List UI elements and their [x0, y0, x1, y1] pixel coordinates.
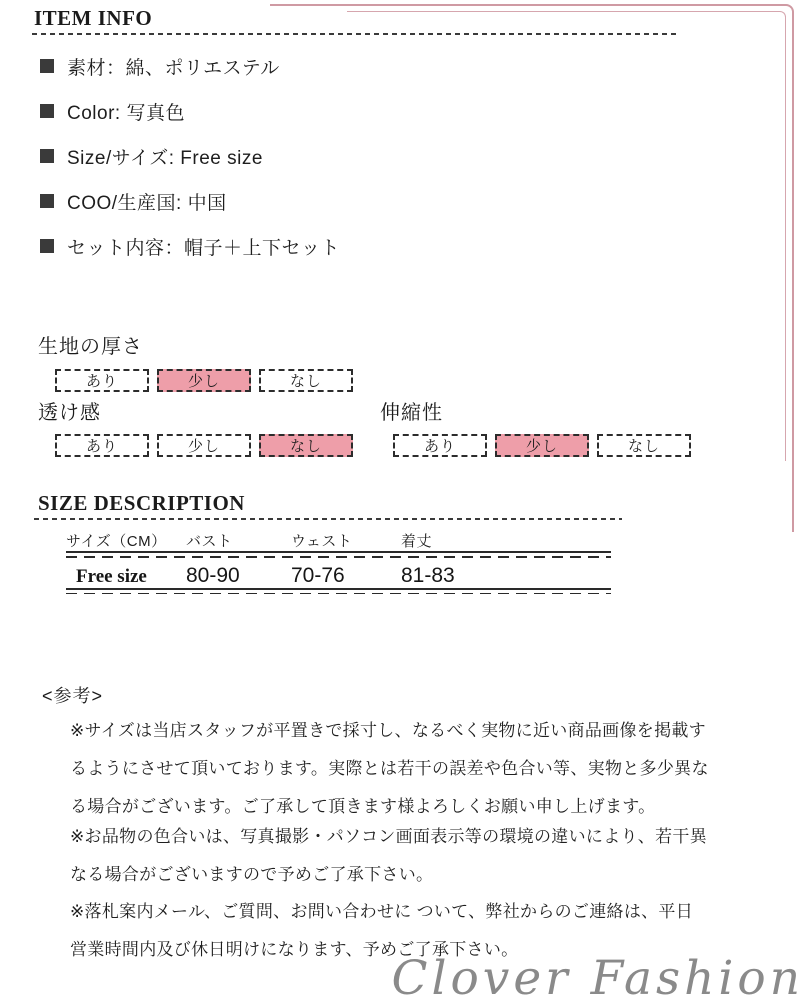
cell-waist: 70-76 — [291, 564, 401, 588]
spec-item-set-contents: セット内容：帽子＋上下セット — [40, 235, 340, 257]
cell-length: 81-83 — [401, 564, 551, 588]
option-ari: あり — [393, 434, 487, 457]
spec-item-color: Color: 写真色 — [40, 100, 340, 122]
item-info-page: ITEM INFO 素材：綿、ポリエステル Color: 写真色 Size/サイ… — [0, 0, 800, 1000]
attribute-sheerness: 透け感 あり 少し なし — [38, 396, 353, 457]
attribute-fabric-thickness: 生地の厚さ あり 少し なし — [38, 330, 353, 392]
option-row: あり 少し なし — [55, 369, 353, 392]
spec-label: Size/サイズ: Free size — [67, 143, 263, 170]
size-description-divider — [34, 518, 622, 520]
decorative-frame-inner — [347, 11, 786, 461]
item-info-title: ITEM INFO — [34, 6, 152, 31]
spec-item-coo: COO/生産国: 中国 — [40, 190, 340, 212]
spec-item-material: 素材：綿、ポリエステル — [40, 55, 340, 77]
note-color-difference: ※お品物の色合いは、写真撮影・パソコン画面表示等の環境の違いにより、若干異なる場… — [70, 818, 710, 894]
option-nashi: なし — [259, 369, 353, 392]
attribute-name: 伸縮性 — [380, 396, 691, 425]
col-header-length: 着丈 — [401, 530, 551, 551]
col-header-waist: ウェスト — [291, 530, 401, 551]
option-ari: あり — [55, 369, 149, 392]
square-bullet-icon — [40, 194, 54, 208]
size-table-header-row: サイズ（CM） バスト ウェスト 着丈 — [66, 527, 611, 551]
spec-label: Color: 写真色 — [67, 98, 185, 125]
table-rule-dashed — [66, 593, 611, 595]
spec-label: COO/生産国: 中国 — [67, 188, 227, 215]
option-sukoshi-selected: 少し — [157, 369, 251, 392]
col-header-bust: バスト — [186, 530, 291, 551]
cell-size-name: Free size — [66, 566, 186, 588]
size-table-data-row: Free size 80-90 70-76 81-83 — [66, 558, 611, 588]
attribute-name: 生地の厚さ — [38, 330, 353, 359]
square-bullet-icon — [40, 239, 54, 253]
reference-title: <参考> — [42, 682, 103, 708]
spec-list: 素材：綿、ポリエステル Color: 写真色 Size/サイズ: Free si… — [40, 55, 340, 280]
col-header-size: サイズ（CM） — [66, 530, 186, 551]
spec-item-size: Size/サイズ: Free size — [40, 145, 340, 167]
option-nashi: なし — [597, 434, 691, 457]
option-row: あり 少し なし — [55, 434, 353, 457]
square-bullet-icon — [40, 59, 54, 73]
cell-bust: 80-90 — [186, 564, 291, 588]
spec-label: セット内容：帽子＋上下セット — [67, 233, 340, 260]
brand-logo: Clover Fashion — [392, 951, 800, 1000]
size-table: サイズ（CM） バスト ウェスト 着丈 Free size 80-90 70-7… — [66, 527, 611, 594]
note-sizing: ※サイズは当店スタッフが平置きで採寸し、なるべく実物に近い商品画像を掲載するよう… — [70, 712, 710, 826]
option-ari: あり — [55, 434, 149, 457]
option-nashi-selected: なし — [259, 434, 353, 457]
table-rule — [66, 551, 611, 553]
attribute-stretch: 伸縮性 あり 少し なし — [380, 396, 691, 457]
table-rule — [66, 588, 611, 590]
item-info-divider — [32, 33, 680, 35]
spec-label: 素材：綿、ポリエステル — [67, 53, 280, 80]
size-description-title: SIZE DESCRIPTION — [38, 491, 245, 516]
option-sukoshi: 少し — [157, 434, 251, 457]
option-sukoshi-selected: 少し — [495, 434, 589, 457]
option-row: あり 少し なし — [393, 434, 691, 457]
square-bullet-icon — [40, 149, 54, 163]
square-bullet-icon — [40, 104, 54, 118]
attribute-name: 透け感 — [38, 396, 353, 425]
